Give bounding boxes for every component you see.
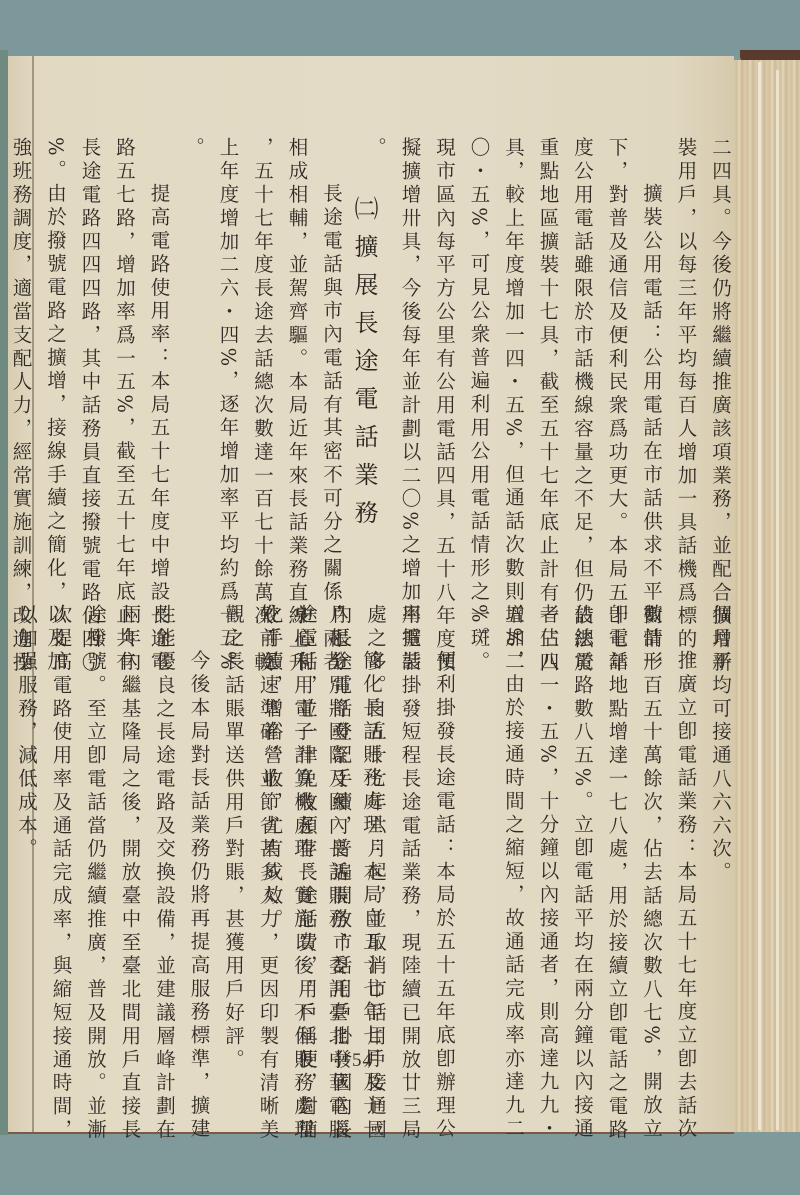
paragraph-column: 相成相輔，並駕齊驅。本局近年來長話業務直線上升: [279, 137, 314, 607]
book-cover-top: [0, 0, 800, 55]
paragraph-column: 度公用電話雖限於市話機線容量之不足，但仍設法於: [565, 137, 600, 607]
paragraph-column: 中心利用電子計算機處理。實施以後，不但賬務處理: [285, 604, 320, 1044]
paragraph-column: 個月平均可接通八六六次。: [703, 604, 738, 1044]
page-number: 54: [352, 1050, 373, 1072]
paragraph-column: 便利掛發長途電話：本局於五十五年底卽辦理公: [427, 604, 462, 1044]
paragraph-column: 〇・五%，可見公衆普遍利用公用電話情形之一斑。: [461, 137, 496, 607]
paragraph-column: 上年度增加二六・四%，逐年增加率平均約爲一五%: [210, 137, 245, 607]
section-heading: ㈡擴展長途電話業務: [347, 196, 382, 538]
paragraph-column: 長途電路四四四路，其中話務員直接撥號電路佔四〇: [72, 137, 107, 607]
paragraph-column: 下，對普及通信及便利民衆爲功更大。本局五十七年: [599, 137, 634, 607]
paragraph-column: ，五十七年度長途去話總次數達一百七十餘萬次，較: [245, 137, 280, 607]
paragraph-column: 長途電話與市內電話有其密不可分之關係，兩者: [314, 137, 349, 607]
paragraph-column: 兩年內繼基隆局之後，開放臺中至臺北間用戶直接長: [112, 604, 147, 1044]
paragraph-column: 數計一百五十萬餘次，佔去話總次數八七%，開放立: [634, 604, 669, 1044]
paragraph-column: 次提高電路使用率及通話完成率，與縮短接通時間，: [43, 604, 78, 1044]
paragraph-column: 觀之長話賬單送供用戶對賬，甚獲用戶好評。: [216, 604, 251, 1044]
paragraph-column: 提高電路使用率：本局五十七年度中增設長途電: [141, 137, 176, 607]
paragraph-column: 卽電話地點增達一七八處，用於接續立卽電話之電路: [599, 604, 634, 1044]
paragraph-column: 擴裝公用電話：公用電話在市話供求不平衡情形: [634, 137, 669, 607]
paragraph-column: 較前迅速準確，並節省甚多人力，更因印製有清晰美: [250, 604, 285, 1044]
paragraph-column: %。由於撥號電路之擴增，接線手續之簡化，以及加: [38, 137, 73, 607]
paragraph-column: 作方法，於是電路使用率乃大爲提高，現每對電路一: [0, 137, 3, 607]
paragraph-column: 性能優良之長途電路及交換設備，並建議層峰計劃在: [147, 604, 182, 1044]
text-block-top-right: 二四具。今後仍將繼續推廣該項業務，並配合擴增新裝用戶，以每三年平均每百人增加一具…: [358, 137, 738, 607]
paragraph-column: 擬擴增卅具，今後每年並計劃以二〇%之增加率擴裝: [392, 137, 427, 607]
paragraph-column: 強班務調度，適當支配人力，經常實施訓練，改進操: [3, 137, 38, 607]
page-stack-highlight: [758, 62, 761, 1130]
paragraph-column: 二四具。今後仍將繼續推廣該項業務，並配合擴增新: [703, 137, 738, 607]
paragraph-column: 今後本局對長話業務仍將再提高服務標準，擴建: [181, 604, 216, 1044]
text-block-top-left: 長途電話與市內電話有其密不可分之關係，兩者相成相輔，並駕齊驅。本局近年來長話業務…: [0, 137, 348, 607]
paragraph-column: 路五七路，增加率爲一五%，截至五十七年底止共有: [107, 137, 142, 607]
paragraph-column: 簡化長話賬務處理：本局自五十七年七月及十一: [354, 604, 389, 1044]
paragraph-column: 月起分別將國際及國內長話賬務，委託臺北中華電腦: [319, 604, 354, 1044]
paragraph-column: 裝用戶，以每三年平均每百人增加一具話機爲標的。: [668, 137, 703, 607]
paragraph-column: 現市區內每平方公里有公用電話四具，五十八年度預: [427, 137, 462, 607]
paragraph-column: %。: [461, 604, 496, 1044]
page-stack-highlight: [776, 70, 779, 1130]
paragraph-column: 途撥號。至立卽電話當仍繼續推廣，普及開放。並漸: [78, 604, 113, 1044]
paragraph-column: 者佔八一・五%，十分鐘以內接通者，則高達九九・: [530, 604, 565, 1044]
paragraph-column: 。: [176, 137, 211, 607]
paragraph-column: 用電話掛發短程長途電話業務，現陸續已開放廿三局: [392, 604, 427, 1044]
paragraph-column: 佔總電路數八五%。立卽電話平均在兩分鐘以內接通: [565, 604, 600, 1044]
text-block-bottom-left: 簡化長話賬務處理：本局自五十七年七月及十一月起分別將國際及國內長話賬務，委託臺北…: [9, 604, 389, 1044]
paragraph-column: 推廣立卽電話業務：本局五十七年度立卽去話次: [668, 604, 703, 1044]
paragraph-column: 五%，由於接通時間之縮短，故通話完成率亦達九二: [496, 604, 531, 1044]
paragraph-column: 重點地區擴裝十七具，截至五十七年底止計有一三四: [530, 137, 565, 607]
paragraph-column: 具，較上年度增加一四・五%，但通話次數則增加二: [496, 137, 531, 607]
page-stack-edge: [734, 60, 800, 1132]
paragraph-column: 以加强服務，減低成本。: [9, 604, 44, 1044]
